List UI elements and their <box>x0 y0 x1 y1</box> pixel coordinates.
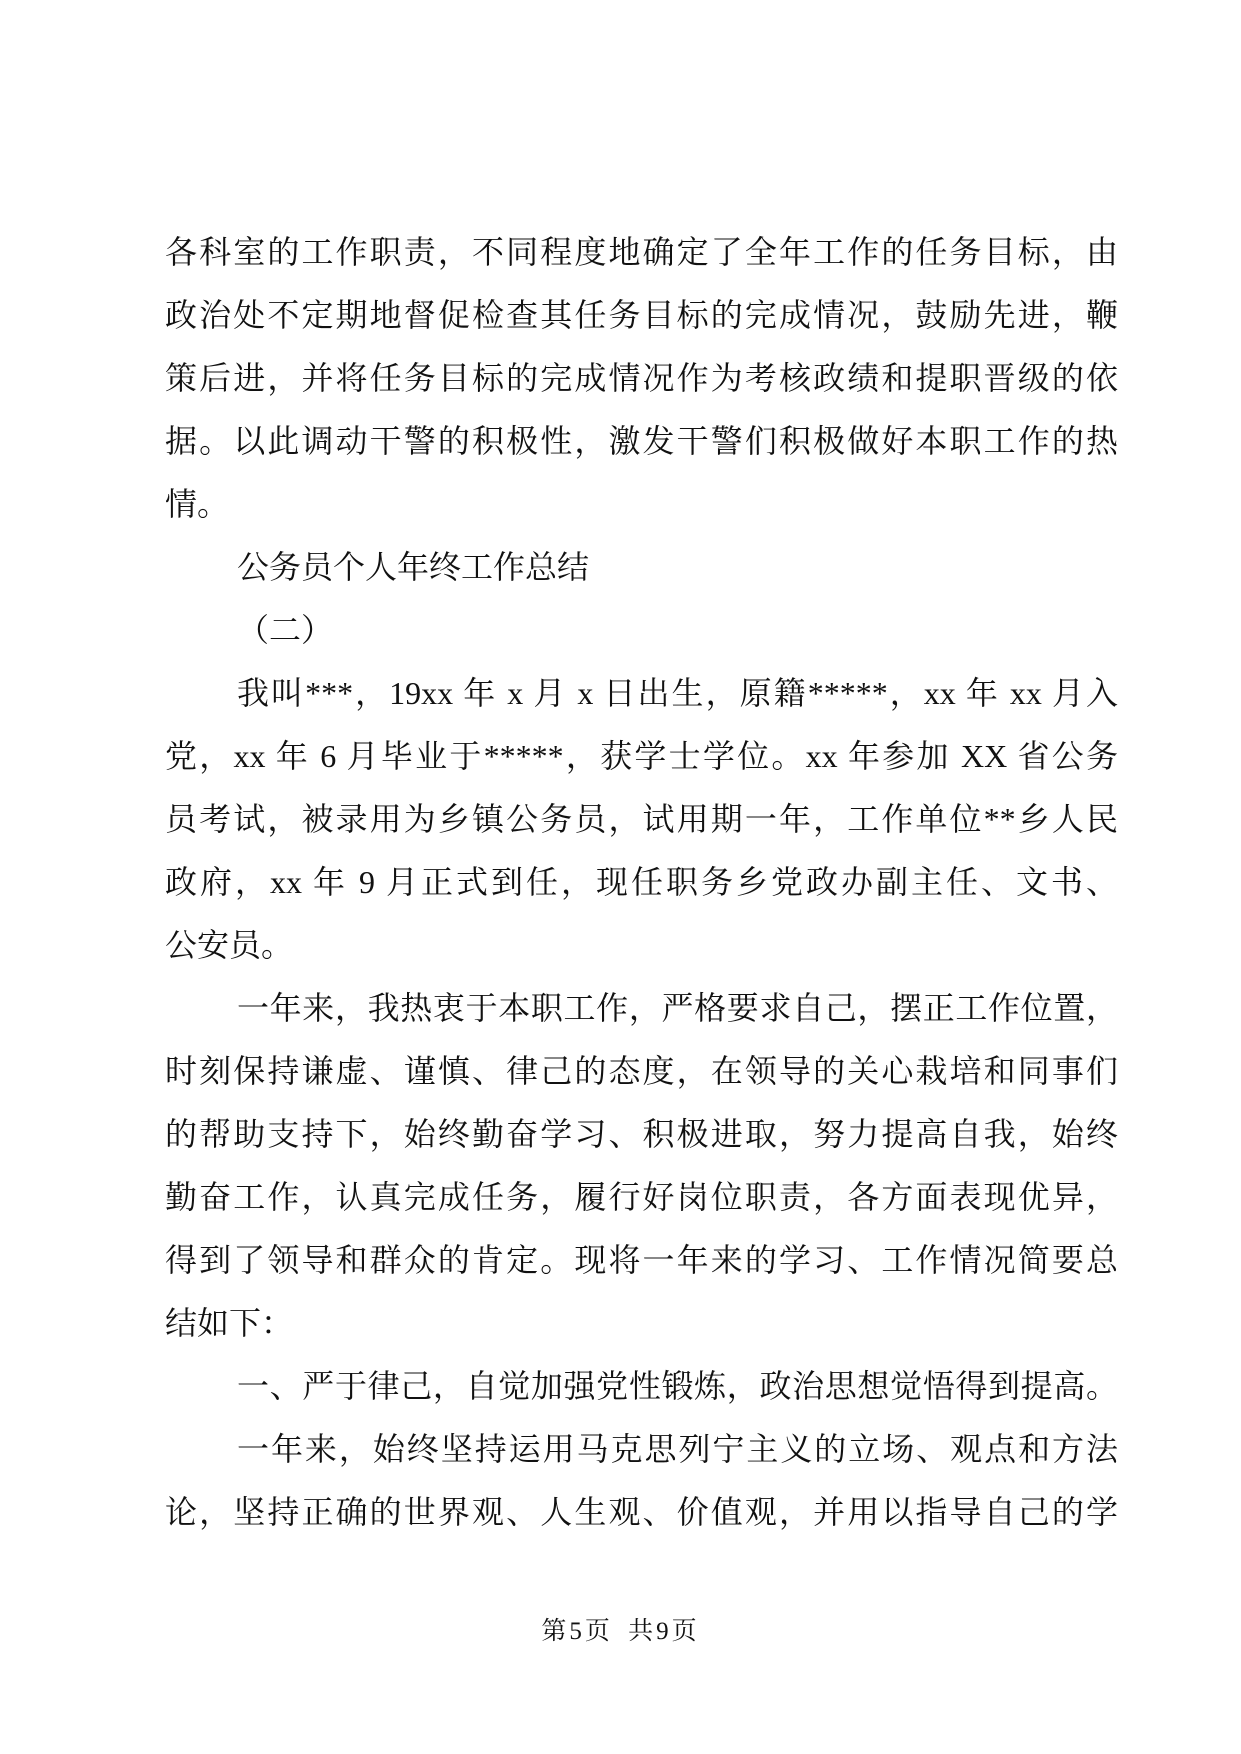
text-line: 情。 <box>165 473 1118 536</box>
text-line: 时刻保持谦虚、谨慎、律己的态度，在领导的关心栽培和同事们 <box>165 1040 1118 1103</box>
text-line: 政治处不定期地督促检查其任务目标的完成情况，鼓励先进，鞭 <box>165 284 1118 347</box>
section-heading-line: 一、严于律己，自觉加强党性锻炼，政治思想觉悟得到提高。 <box>165 1355 1118 1418</box>
document-body: 各科室的工作职责，不同程度地确定了全年工作的任务目标，由政治处不定期地督促检查其… <box>165 221 1118 1544</box>
text-line: 勤奋工作，认真完成任务，履行好岗位职责，各方面表现优异， <box>165 1166 1118 1229</box>
text-line: 员考试，被录用为乡镇公务员，试用期一年，工作单位**乡人民 <box>165 788 1118 851</box>
text-line: 各科室的工作职责，不同程度地确定了全年工作的任务目标，由 <box>165 221 1118 284</box>
document-title-line: 公务员个人年终工作总结 <box>165 536 1118 599</box>
section-number-line: （二） <box>165 599 1118 662</box>
text-line: 得到了领导和群众的肯定。现将一年来的学习、工作情况简要总 <box>165 1229 1118 1292</box>
document-page: 各科室的工作职责，不同程度地确定了全年工作的任务目标，由政治处不定期地督促检查其… <box>0 0 1241 1754</box>
text-line: 策后进，并将任务目标的完成情况作为考核政绩和提职晋级的依 <box>165 347 1118 410</box>
text-line: 结如下： <box>165 1292 1118 1355</box>
text-line: 一年来，始终坚持运用马克思列宁主义的立场、观点和方法 <box>165 1418 1118 1481</box>
text-line: 一年来，我热衷于本职工作，严格要求自己，摆正工作位置， <box>165 977 1118 1040</box>
text-line: 我叫***，19xx 年 x 月 x 日出生，原籍*****，xx 年 xx 月… <box>165 662 1118 725</box>
text-line: 的帮助支持下，始终勤奋学习、积极进取，努力提高自我，始终 <box>165 1103 1118 1166</box>
page-footer-text: 第5页 共9页 <box>0 1612 1241 1652</box>
text-line: 论，坚持正确的世界观、人生观、价值观，并用以指导自己的学 <box>165 1481 1118 1544</box>
text-line: 政府，xx 年 9 月正式到任，现任职务乡党政办副主任、文书、 <box>165 851 1118 914</box>
text-line: 公安员。 <box>165 914 1118 977</box>
text-line: 据。以此调动干警的积极性，激发干警们积极做好本职工作的热 <box>165 410 1118 473</box>
text-line: 党，xx 年 6 月毕业于*****，获学士学位。xx 年参加 XX 省公务 <box>165 725 1118 788</box>
